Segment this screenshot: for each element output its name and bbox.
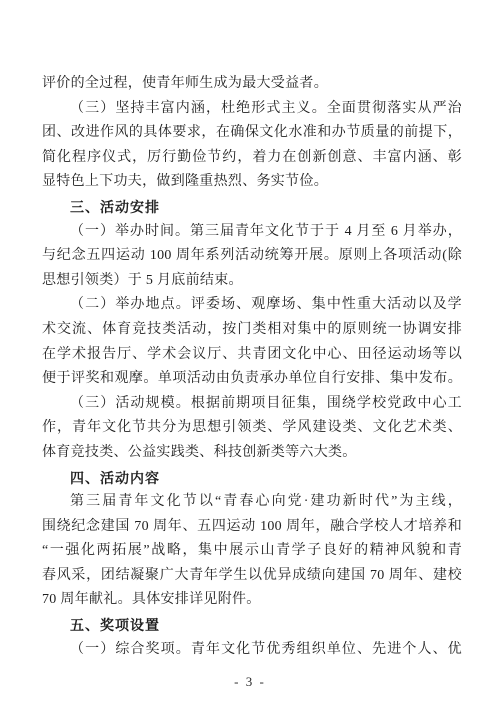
- section-heading: 四、活动内容: [42, 466, 462, 491]
- text-line: 体育竞技类、公益实践类、科技创新类等六大类。: [42, 441, 462, 466]
- section-heading: 三、活动安排: [42, 195, 462, 220]
- text-line: 显特色上下功夫，做到隆重热烈、务实节俭。: [42, 170, 462, 195]
- text-line: （三）活动规模。根据前期项目征集，围绕学校党政中心工: [42, 392, 462, 417]
- text-line: 作，青年文化节共分为思想引领类、学风建设类、文化艺术类、: [42, 416, 462, 441]
- text-line: “一强化两拓展”战略，集中展示山青学子良好的精神风貌和青: [42, 539, 462, 564]
- text-line: （二）举办地点。评委场、观摩场、集中性重大活动以及学: [42, 293, 462, 318]
- text-line: 团、改进作风的具体要求，在确保文化水准和办节质量的前提下，: [42, 121, 462, 146]
- text-line: 评价的全过程，使青年师生成为最大受益者。: [42, 72, 462, 97]
- text-line: （三）坚持丰富内涵，杜绝形式主义。全面贯彻落实从严治: [42, 97, 462, 122]
- text-line: 简化程序仪式，厉行勤俭节约，着力在创新创意、丰富内涵、彰: [42, 146, 462, 171]
- text-line: 思想引领类）于 5 月底前结束。: [42, 269, 462, 294]
- text-line: 与纪念五四运动 100 周年系列活动统筹开展。原则上各项活动(除: [42, 244, 462, 269]
- text-line: 便于评奖和观摩。单项活动由负责承办单位自行安排、集中发布。: [42, 367, 462, 392]
- text-line: 术交流、体育竞技类活动，按门类相对集中的原则统一协调安排: [42, 318, 462, 343]
- text-line: 春风采，团结凝聚广大青年学生以优异成绩向建国 70 周年、建校: [42, 564, 462, 589]
- text-line: 在学术报告厅、学术会议厅、共青团文化中心、田径运动场等以: [42, 343, 462, 368]
- section-heading: 五、奖项设置: [42, 613, 462, 638]
- text-line: （一）综合奖项。青年文化节优秀组织单位、先进个人、优: [42, 638, 462, 663]
- document-page: 评价的全过程，使青年师生成为最大受益者。（三）坚持丰富内涵，杜绝形式主义。全面贯…: [0, 0, 500, 708]
- text-line: 围绕纪念建国 70 周年、五四运动 100 周年，融合学校人才培养和: [42, 515, 462, 540]
- page-number: - 3 -: [0, 674, 500, 690]
- document-body: 评价的全过程，使青年师生成为最大受益者。（三）坚持丰富内涵，杜绝形式主义。全面贯…: [42, 72, 462, 662]
- text-line: 70 周年献礼。具体安排详见附件。: [42, 588, 462, 613]
- text-line: （一）举办时间。第三届青年文化节于于 4 月至 6 月举办，: [42, 220, 462, 245]
- text-line: 第三届青年文化节以“青春心向党·建功新时代”为主线，: [42, 490, 462, 515]
